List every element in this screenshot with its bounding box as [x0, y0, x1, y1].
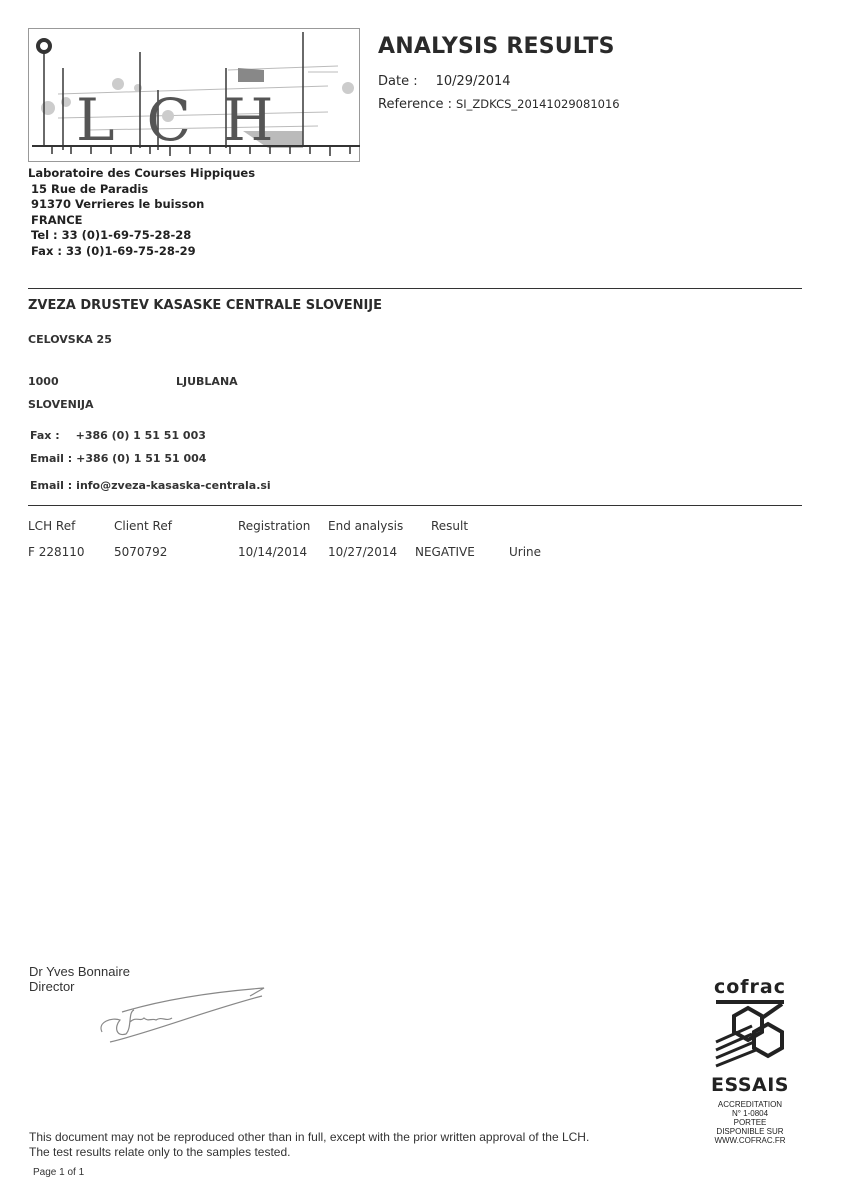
cell-sample-type: Urine: [509, 545, 541, 559]
column-header-lch-ref: LCH Ref: [28, 519, 75, 533]
client-country: SLOVENIJA: [28, 398, 94, 411]
client-zip: 1000: [28, 375, 59, 388]
disclaimer-line: The test results relate only to the samp…: [29, 1145, 589, 1160]
document-title: ANALYSIS RESULTS: [378, 34, 615, 59]
column-header-result: Result: [431, 519, 468, 533]
client-email-row: Email :+386 (0) 1 51 51 004: [30, 452, 206, 465]
lab-tel: Tel : 33 (0)1-69-75-28-28: [28, 228, 255, 244]
email-value: +386 (0) 1 51 51 004: [76, 452, 206, 465]
reference-label: Reference :: [378, 97, 452, 112]
lab-city: 91370 Verrieres le buisson: [28, 197, 255, 213]
page-number: Page 1 of 1: [33, 1167, 84, 1178]
disclaimer-line: This document may not be reproduced othe…: [29, 1130, 589, 1145]
signature-image: [92, 982, 272, 1052]
accreditation-line: DISPONIBLE SUR: [700, 1127, 800, 1136]
email-label: Email :: [30, 452, 72, 465]
lab-name: Laboratoire des Courses Hippiques: [28, 166, 255, 182]
accreditation-info: ACCREDITATION N° 1-0804 PORTEE DISPONIBL…: [700, 1100, 800, 1145]
footer-disclaimer: This document may not be reproduced othe…: [29, 1130, 589, 1159]
cell-client-ref: 5070792: [114, 545, 167, 559]
fax-value: +386 (0) 1 51 51 003: [76, 429, 206, 442]
lab-country: FRANCE: [28, 213, 255, 229]
cofrac-brand: cofrac: [700, 976, 800, 998]
cofrac-accreditation: cofrac ESSAIS ACCREDITATION N° 1-0804 PO…: [700, 976, 800, 1145]
client-fax-row: Fax :+386 (0) 1 51 51 003: [30, 429, 206, 442]
lab-street: 15 Rue de Paradis: [28, 182, 255, 198]
reference-row: Reference :SI_ZDKCS_20141029081016: [378, 97, 620, 112]
date-label: Date :: [378, 74, 418, 89]
cell-end-analysis: 10/27/2014: [328, 545, 397, 559]
client-email-row: Email :info@zveza-kasaska-centrala.si: [30, 479, 271, 492]
fax-label: Fax :: [30, 429, 60, 442]
client-name: ZVEZA DRUSTEV KASASKE CENTRALE SLOVENIJE: [28, 298, 382, 313]
cell-lch-ref: F 228110: [28, 545, 85, 559]
cofrac-category: ESSAIS: [700, 1074, 800, 1096]
email-label: Email :: [30, 479, 72, 492]
cofrac-hexagon-icon: [700, 998, 800, 1074]
laboratory-address: Laboratoire des Courses Hippiques 15 Rue…: [28, 166, 255, 260]
svg-text:LCH: LCH: [76, 86, 305, 154]
date-value: 10/29/2014: [436, 74, 511, 89]
email-link[interactable]: info@zveza-kasaska-centrala.si: [76, 479, 271, 492]
client-street: CELOVSKA 25: [28, 333, 112, 346]
divider: [28, 288, 802, 289]
accreditation-website: WWW.COFRAC.FR: [700, 1136, 800, 1145]
client-city: LJUBLANA: [176, 375, 238, 388]
accreditation-line: PORTEE: [700, 1118, 800, 1127]
lab-fax: Fax : 33 (0)1-69-75-28-29: [28, 244, 255, 260]
reference-value: SI_ZDKCS_20141029081016: [456, 97, 620, 111]
accreditation-number: N° 1-0804: [700, 1109, 800, 1118]
accreditation-line: ACCREDITATION: [700, 1100, 800, 1109]
date-row: Date :10/29/2014: [378, 74, 511, 89]
cell-result: NEGATIVE: [415, 545, 475, 559]
column-header-end-analysis: End analysis: [328, 519, 403, 533]
lch-logo: LCH: [28, 28, 360, 162]
cell-registration: 10/14/2014: [238, 545, 307, 559]
column-header-registration: Registration: [238, 519, 310, 533]
column-header-client-ref: Client Ref: [114, 519, 172, 533]
divider: [28, 505, 802, 506]
signatory-name: Dr Yves Bonnaire: [29, 964, 130, 979]
